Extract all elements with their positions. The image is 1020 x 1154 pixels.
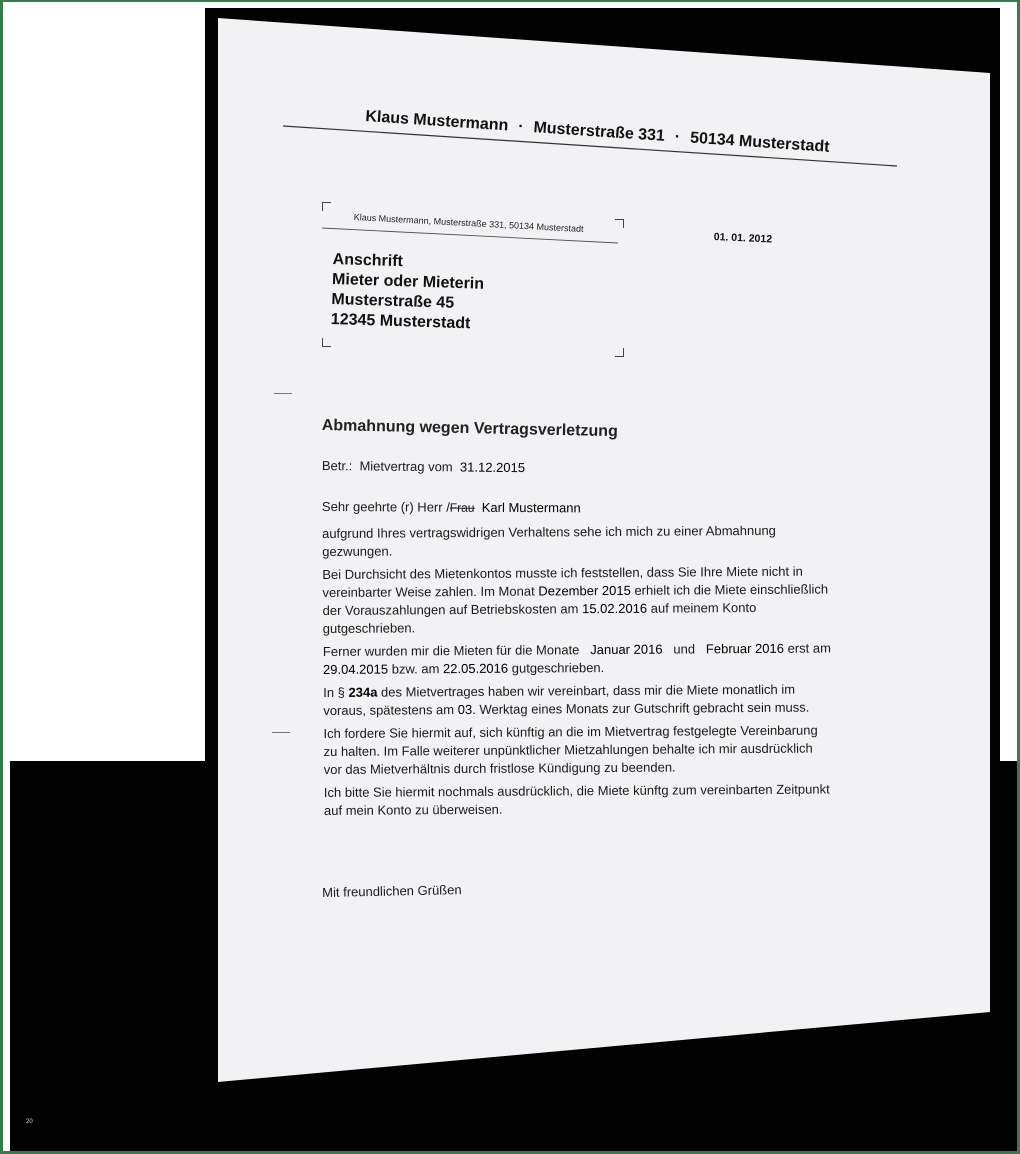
window-mark-bottom-right — [615, 348, 624, 357]
paragraph-5: Ich fordere Sie hiermit auf, sich künfti… — [323, 721, 833, 779]
sender-street: Musterstraße 331 — [533, 119, 665, 145]
subject-line: Abmahnung wegen Vertragsverletzung — [322, 417, 618, 441]
paragraph-2: Bei Durchsicht des Mietenkontos musste i… — [322, 562, 832, 638]
paragraph-6: Ich bitte Sie hiermit nochmals ausdrückl… — [324, 780, 834, 820]
struck-title: Frau — [450, 499, 475, 517]
letter-date: 01. 01. 2012 — [713, 231, 772, 246]
reference-line: Betr.: Mietvertrag vom 31.12.2015 — [322, 457, 525, 477]
letter: Klaus Mustermann·Musterstraße 331·50134 … — [0, 0, 1020, 1154]
closing: Mit freundlichen Grüßen — [322, 881, 462, 902]
paragraph-3: Ferner wurden mir die Mieten für die Mon… — [323, 639, 833, 679]
return-address: Klaus Mustermann, Musterstraße 331, 5013… — [353, 212, 583, 234]
page-number: 20 — [26, 1119, 33, 1125]
fold-mark-top — [274, 393, 292, 394]
letter-body: aufgrund Ihres vertragswidrigen Verhalte… — [322, 521, 834, 825]
recipient-address: Anschrift Mieter oder Mieterin Musterstr… — [330, 250, 484, 335]
window-mark-top-right — [615, 219, 624, 228]
window-mark-bottom-left — [322, 338, 331, 347]
sender-city: 50134 Musterstadt — [690, 130, 830, 156]
window-mark-top-left — [322, 202, 331, 211]
sender-name: Klaus Mustermann — [365, 108, 509, 134]
letterhead: Klaus Mustermann·Musterstraße 331·50134 … — [365, 108, 830, 157]
paragraph-1: aufgrund Ihres vertragswidrigen Verhalte… — [322, 521, 832, 561]
salutation: Sehr geehrte (r) Herr /Frau Karl Musterm… — [322, 498, 581, 517]
paragraph-4: In § 234a des Mietvertrages haben wir ve… — [323, 680, 833, 720]
fold-mark-bottom — [272, 732, 290, 733]
